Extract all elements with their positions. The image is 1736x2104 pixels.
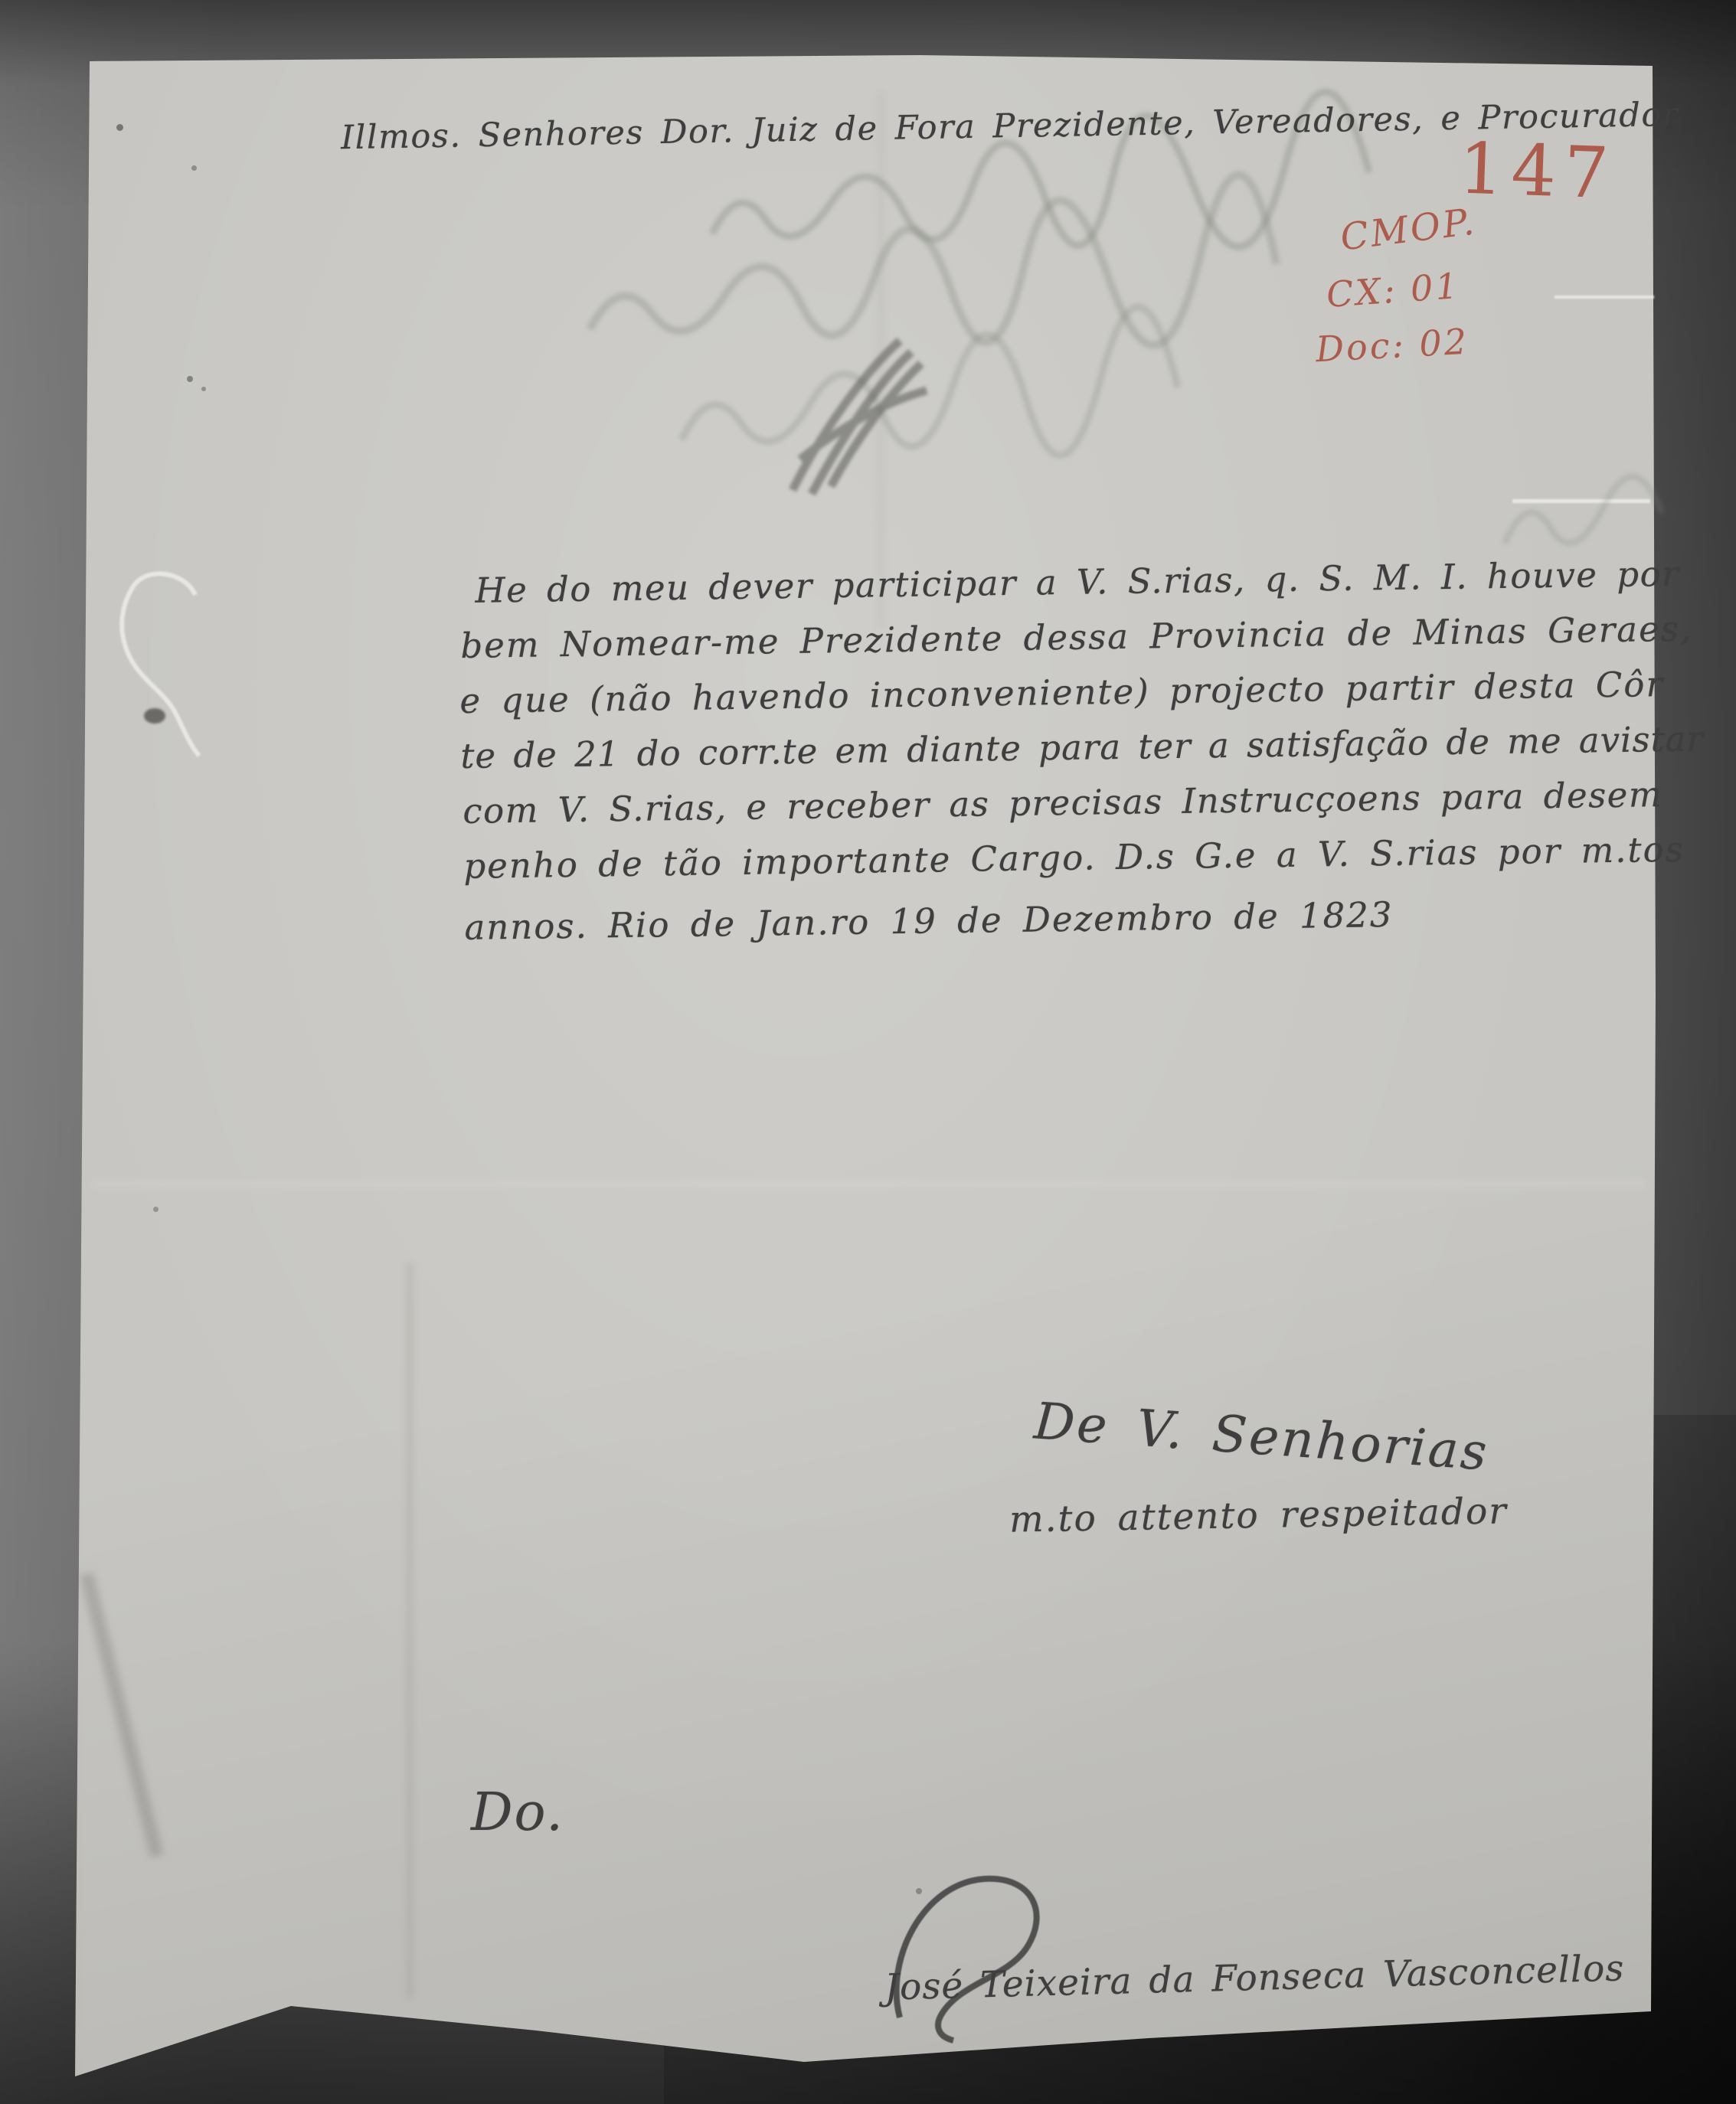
ink-speck bbox=[187, 376, 193, 382]
archival-stamp-doc: Doc: 02 bbox=[1315, 321, 1470, 370]
ink-blot bbox=[144, 708, 165, 724]
pencil-smudge bbox=[747, 329, 969, 498]
archival-number: 147 bbox=[1457, 127, 1617, 214]
scanned-letter-page: Illmos. Senhores Dor. Juiz de Fora Prezi… bbox=[0, 0, 1736, 2104]
ink-speck bbox=[201, 387, 206, 391]
signature-flourish bbox=[869, 1868, 1122, 2048]
ink-speck bbox=[191, 165, 197, 171]
ink-speck bbox=[116, 124, 123, 131]
docket-abbreviation: Do. bbox=[471, 1782, 564, 1843]
closing-line: m.to attento respeitador bbox=[1009, 1490, 1509, 1540]
crease-mark bbox=[115, 563, 222, 769]
ink-speck bbox=[153, 1207, 159, 1212]
